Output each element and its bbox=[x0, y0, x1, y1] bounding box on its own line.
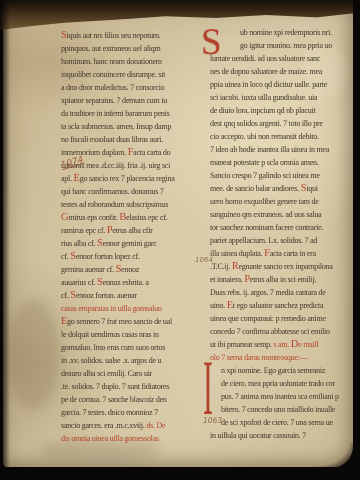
text-line: sci iacobi. iuxta uilla gundisalue. uia bbox=[210, 91, 353, 104]
text-line: pus. 7 anima mea inantea sca emiliani p bbox=[210, 390, 353, 403]
text-line: de diuio lora. inpcium qd nb placuit bbox=[210, 104, 353, 117]
text-line: casas emparatas in uilla gomsaluo bbox=[61, 302, 203, 315]
text-line: go igitur munino. mea ppria uo bbox=[210, 39, 353, 52]
text-column-left: Siquis aut nrs filios seu nepotum.ppinqu… bbox=[61, 29, 203, 445]
text-line: uero homo exquolibet genere tam de bbox=[210, 195, 353, 208]
text-line: gemina auenar cf. Sennoz bbox=[61, 263, 203, 276]
text-line: Ego sennero 7 frat meo sancio de ual bbox=[61, 315, 203, 328]
manuscript-photo: Siquis aut nrs filios seu nepotum.ppinqu… bbox=[0, 0, 360, 480]
text-line: apl. Ego sancio rex 7 placencia regina bbox=[61, 172, 203, 185]
text-line: Duas rebs. ij. argos. 7 media cantara de bbox=[210, 286, 353, 299]
drop-cap-i: I bbox=[203, 355, 213, 421]
text-line: inquolibet conuincere disrumpe. sit bbox=[61, 68, 203, 81]
text-line: maneat potestate p scla omnia amen. bbox=[210, 156, 353, 169]
text-line: garcia. 7 testes. dnico monnioz 7 bbox=[61, 406, 203, 419]
text-column-right: ub nomine xpi redemptoris nri.go igitur … bbox=[210, 26, 353, 442]
text-line: le dolquit uendimus casas nras in bbox=[61, 328, 203, 341]
text-line: ta scla submersus. amen. Insup damp bbox=[61, 120, 203, 133]
text-line: hominum. hanc nram donationem bbox=[61, 55, 203, 68]
margin-note-1064: 1064 bbox=[195, 256, 213, 264]
margin-note-1063: 1063 bbox=[203, 416, 222, 425]
text-line: rius alba cf. Sennor gemini garc bbox=[61, 237, 203, 250]
text-line: olo 7 serna daras monteosque:— bbox=[210, 351, 353, 364]
text-line: de ciero. mea ppria uoluntate trado cor bbox=[210, 377, 353, 390]
photo-black-border-bottom bbox=[0, 467, 360, 480]
text-line: illa uinea duplata. Facta carta in era bbox=[210, 247, 353, 260]
text-line: mee. de sancio balar andiores. Siqui bbox=[210, 182, 353, 195]
text-line: Sancio crespo 7 galindo sci uinea me bbox=[210, 169, 353, 182]
text-line: da traditore in inferni baratrum penis bbox=[61, 107, 203, 120]
text-line: pariet appellacium. Lx. solidos. 7 ad bbox=[210, 234, 353, 247]
text-line: 7 ideo ab hodie inantea illa uinea in me… bbox=[210, 143, 353, 156]
text-line: no fiscali exsoluat duas libras auri. bbox=[61, 133, 203, 146]
text-line: auuarius cf. Sennoz esbrita. a bbox=[61, 276, 203, 289]
text-line: nes de dopno saluatore de maize. mea bbox=[210, 65, 353, 78]
drop-cap-s: S bbox=[201, 24, 222, 62]
text-line: sancio garces. era .m.c.xviij. ds. De bbox=[61, 419, 203, 432]
text-line: cf. Sennor fortun lopez cf. bbox=[61, 250, 203, 263]
page-corner-shadow bbox=[318, 442, 358, 472]
text-line: de sci xpofori de ciero. 7 una serna ue bbox=[210, 416, 353, 429]
text-line: .te. solidos. 7 duplo. 7 sunt fidiatores bbox=[61, 380, 203, 393]
text-line: Gmirus eps confir. Belasius epc cf. bbox=[61, 211, 203, 224]
text-line: ppia uinea in loco qd dicitur ualle. par… bbox=[210, 78, 353, 91]
page-left-shadow bbox=[0, 0, 10, 480]
text-line: deauro alba sci emilij. Caro uir bbox=[61, 367, 203, 380]
text-line: et innaiera. Petrus alba in sci emilij. bbox=[210, 273, 353, 286]
text-line: ut ibi pmaneat semp. s am. De maill bbox=[210, 338, 353, 351]
text-line: tor sanchez nominam facere contrarie. bbox=[210, 221, 353, 234]
text-line: dest qnq solidos argenti. 7 toto illo pr… bbox=[210, 117, 353, 130]
text-line: .T.C.ij. Regnante sancio rex inpampilona bbox=[210, 260, 353, 273]
text-line: concedo 7 confirma abbatesse sci emilio bbox=[210, 325, 353, 338]
text-line: cf. Sennoz fortun. auenar bbox=[61, 289, 203, 302]
text-line: uino. Et ego saluator sanchez predicta bbox=[210, 299, 353, 312]
text-line: ub nomine xpi redemptoris nri. bbox=[210, 26, 353, 39]
text-line: dis omnia uinea uilla gomessolas bbox=[61, 432, 203, 445]
text-line: pe de cornua. 7 sanche blascoiz den bbox=[61, 393, 203, 406]
text-line: xpianor separatus. 7 demum cum iu bbox=[61, 94, 203, 107]
text-line: testes ad roborandum subscripsimus bbox=[61, 198, 203, 211]
text-line: qui hanc confirmamus. donamus 7 bbox=[61, 185, 203, 198]
text-line: in .xv. solidos. ualse .x. argos de u bbox=[61, 354, 203, 367]
text-line: in uillula qui uocatur cassouin. 7 bbox=[210, 429, 353, 442]
text-line: ramirus epc cf. Petrus alba cfir bbox=[61, 224, 203, 237]
text-line: bitero. 7 concedo uno mialliolo inualle bbox=[210, 403, 353, 416]
text-line: n xpi nomine. Ego garcia semeaniz bbox=[210, 364, 353, 377]
text-line: gomsaluo. lmo eras cum suos ortos bbox=[61, 341, 203, 354]
text-line: Siquis aut nrs filios seu nepotum. bbox=[61, 29, 203, 42]
text-line: ppinquos. aut extraneos uel aliqm bbox=[61, 42, 203, 55]
text-line: sanguineo qm extraneos. ad uos salua bbox=[210, 208, 353, 221]
text-line: luntate uendidi. ad uos saluatore sanc bbox=[210, 52, 353, 65]
photo-black-border-right bbox=[353, 0, 360, 480]
text-line: uinea que comparaui: p remedio anime bbox=[210, 312, 353, 325]
parchment-stain bbox=[8, 300, 60, 410]
text-line: a dno dnor maledictus. 7 consorcio bbox=[61, 81, 203, 94]
text-line: cio accepto. ubi non remansit debito. bbox=[210, 130, 353, 143]
